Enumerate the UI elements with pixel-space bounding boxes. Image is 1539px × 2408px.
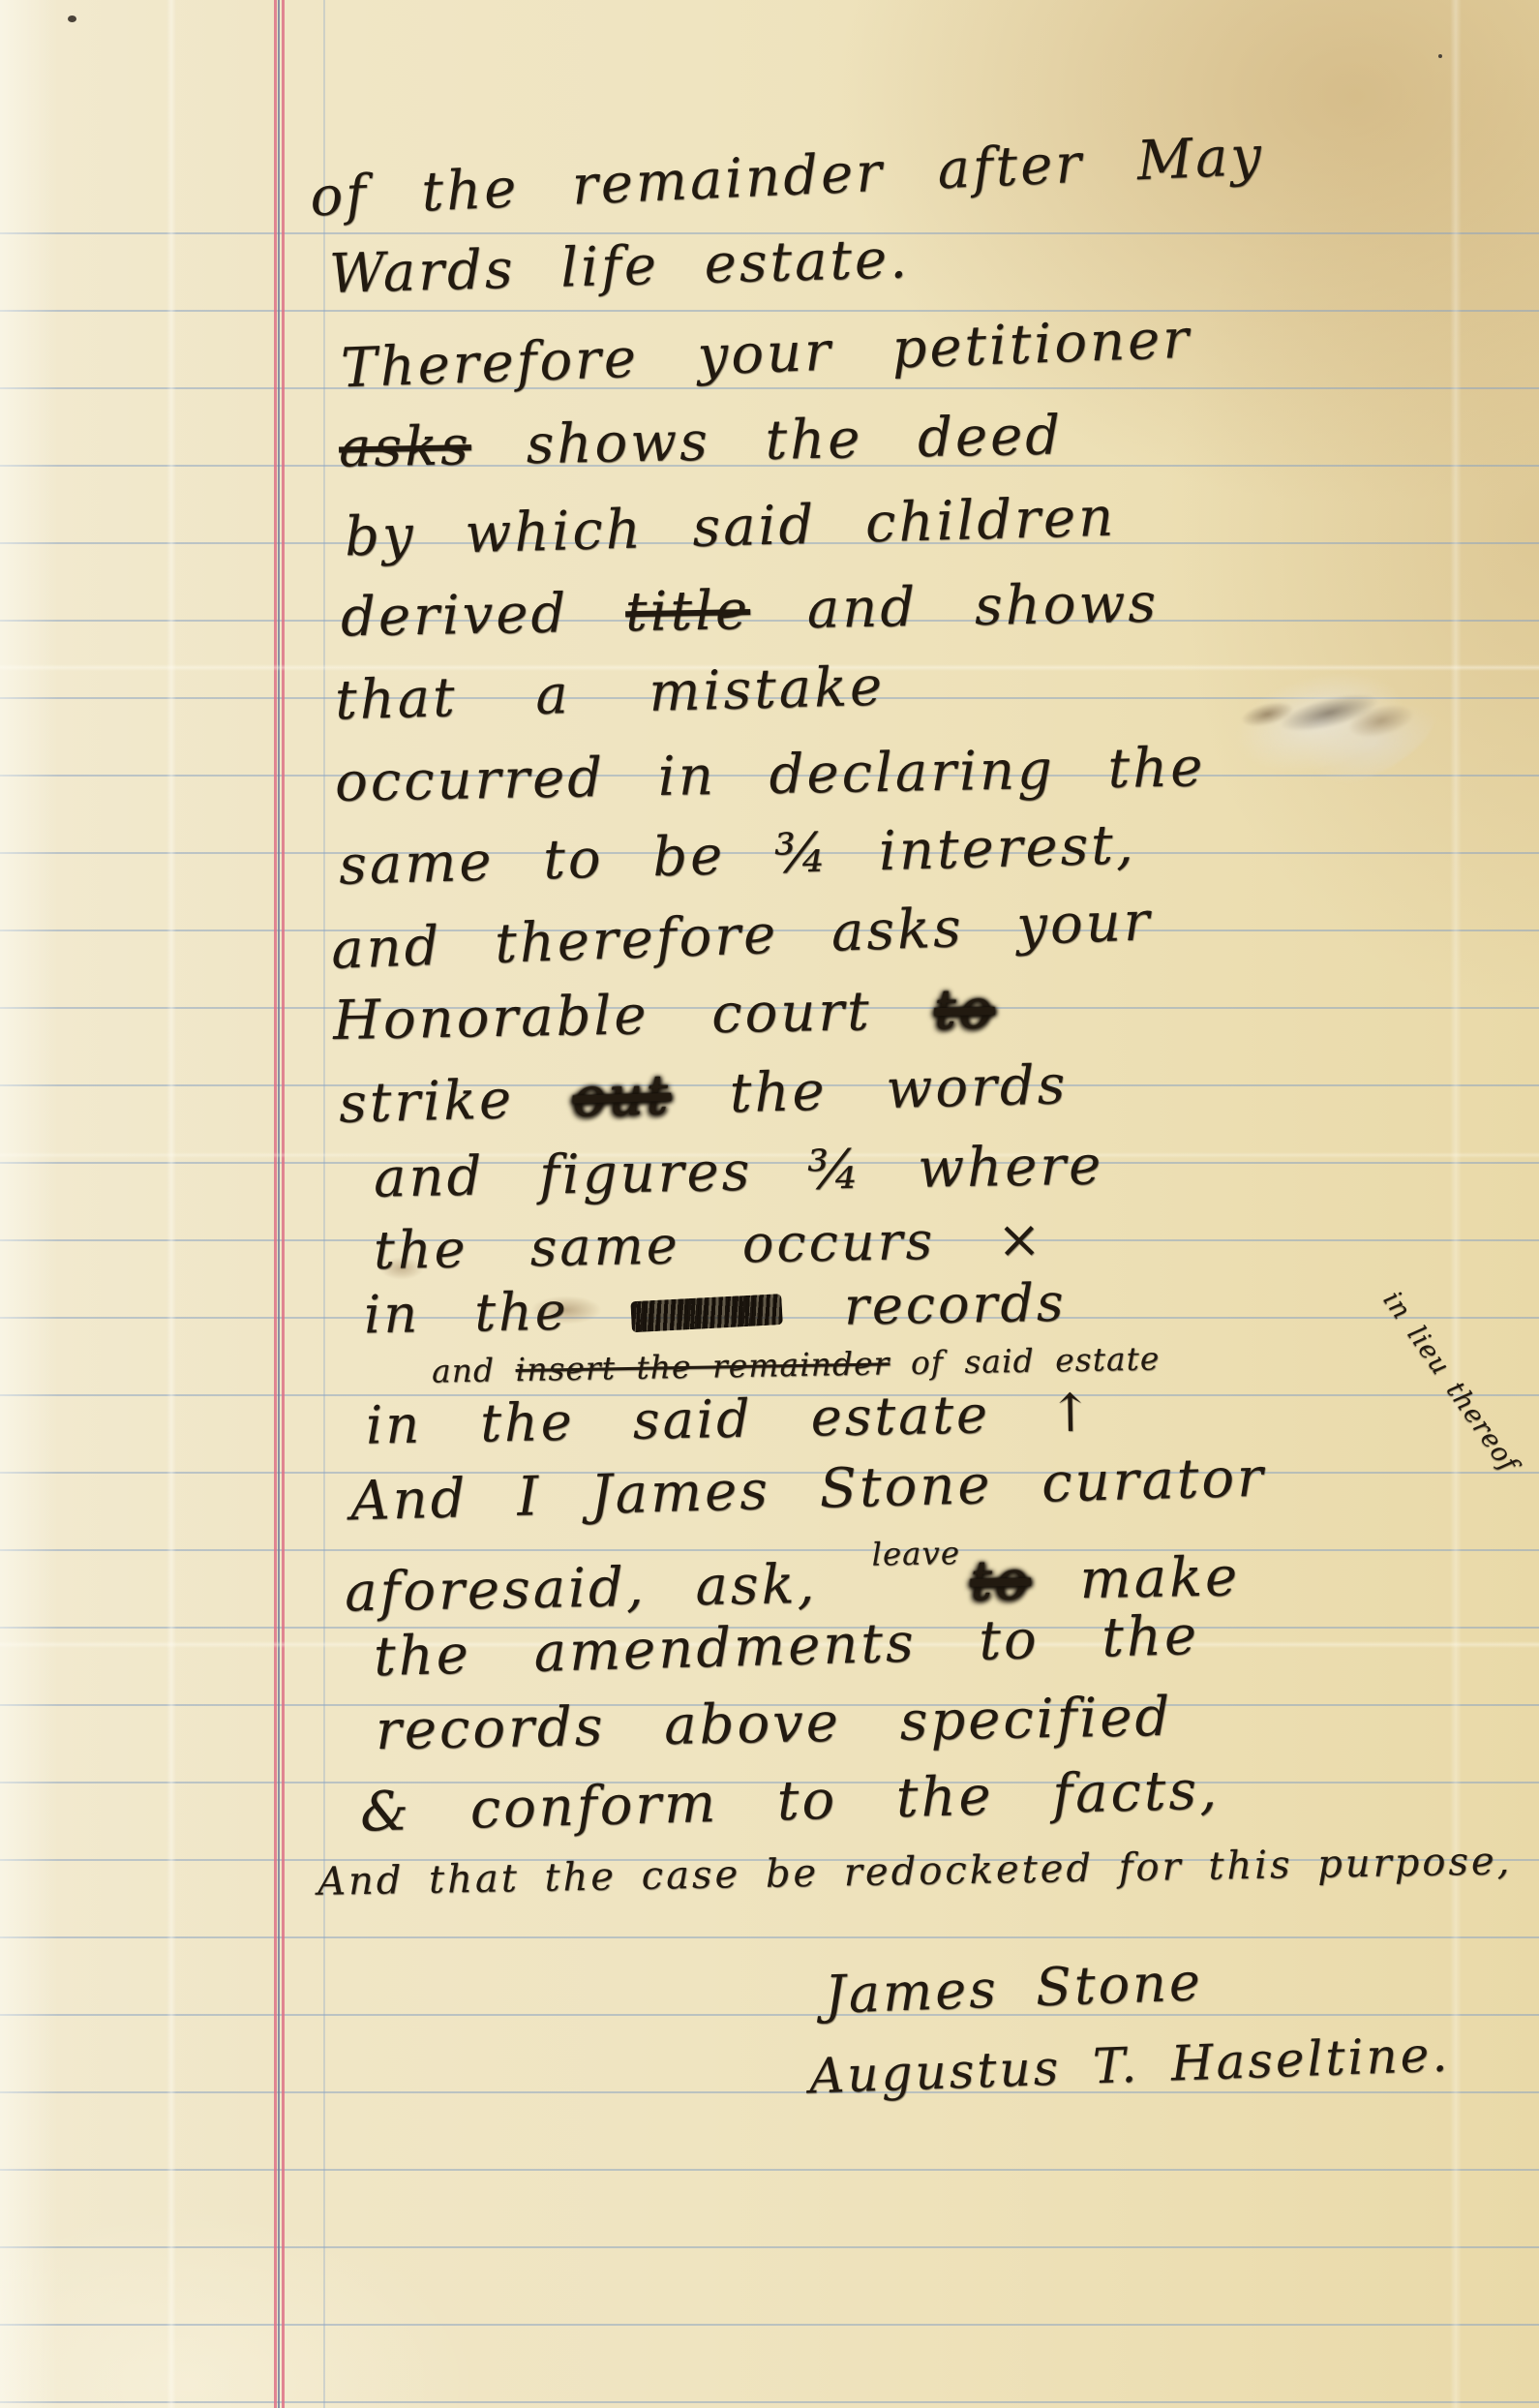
handwritten-line: in the records	[364, 1272, 1068, 1346]
inserted-word-above: leave	[871, 1535, 960, 1573]
faint-blue-column-line	[323, 0, 325, 2408]
blotted-word: out	[572, 1064, 672, 1130]
margin-line-pink-right	[282, 0, 285, 2408]
left-scan-edge	[0, 0, 58, 2408]
line-text: in the said estate ↑	[366, 1382, 1096, 1455]
scribbled-out-word	[630, 1294, 782, 1332]
struck-phrase: insert the remainder	[515, 1344, 890, 1388]
line-text: derived	[340, 581, 625, 649]
line-text: Honorable court	[332, 979, 934, 1052]
paper-speck	[1438, 54, 1442, 58]
line-text: in the	[364, 1280, 624, 1346]
margin-line-pink-left	[274, 0, 277, 2408]
line-text: of the remainder after May	[309, 125, 1265, 229]
line-text: and	[432, 1351, 516, 1390]
handwritten-line: the same occurs ×	[374, 1208, 1045, 1281]
line-text: records	[789, 1272, 1067, 1338]
margin-line-blue-center	[278, 0, 280, 2408]
scanned-handwritten-page: of the remainder after May Wards life es…	[0, 0, 1539, 2408]
struck-word: title	[625, 579, 751, 644]
line-text: strike	[338, 1067, 573, 1136]
blotted-word: to	[970, 1549, 1031, 1613]
blotted-word: to	[934, 978, 995, 1042]
handwritten-line: of the remainder after May	[309, 125, 1265, 229]
struck-word: asks	[338, 414, 471, 479]
line-text: of said estate	[890, 1339, 1161, 1382]
handwritten-line: asks shows the deed	[338, 404, 1063, 479]
handwritten-line: in the said estate ↑	[366, 1382, 1096, 1455]
line-text: the words	[670, 1053, 1069, 1127]
vertical-fold-crease	[1450, 0, 1462, 2408]
line-text: make	[1030, 1545, 1240, 1612]
line-text: shows the deed	[470, 404, 1063, 477]
line-text: and figures ¾ where	[373, 1134, 1103, 1209]
line-text: aforesaid, ask,	[345, 1552, 867, 1624]
vertical-fold-crease	[166, 0, 176, 2408]
paper-speck	[68, 15, 76, 22]
line-text: and shows	[749, 572, 1159, 642]
line-text: the same occurs ×	[374, 1208, 1045, 1281]
handwritten-line: and figures ¾ where	[373, 1134, 1103, 1209]
handwritten-line: Honorable court to	[332, 978, 995, 1052]
